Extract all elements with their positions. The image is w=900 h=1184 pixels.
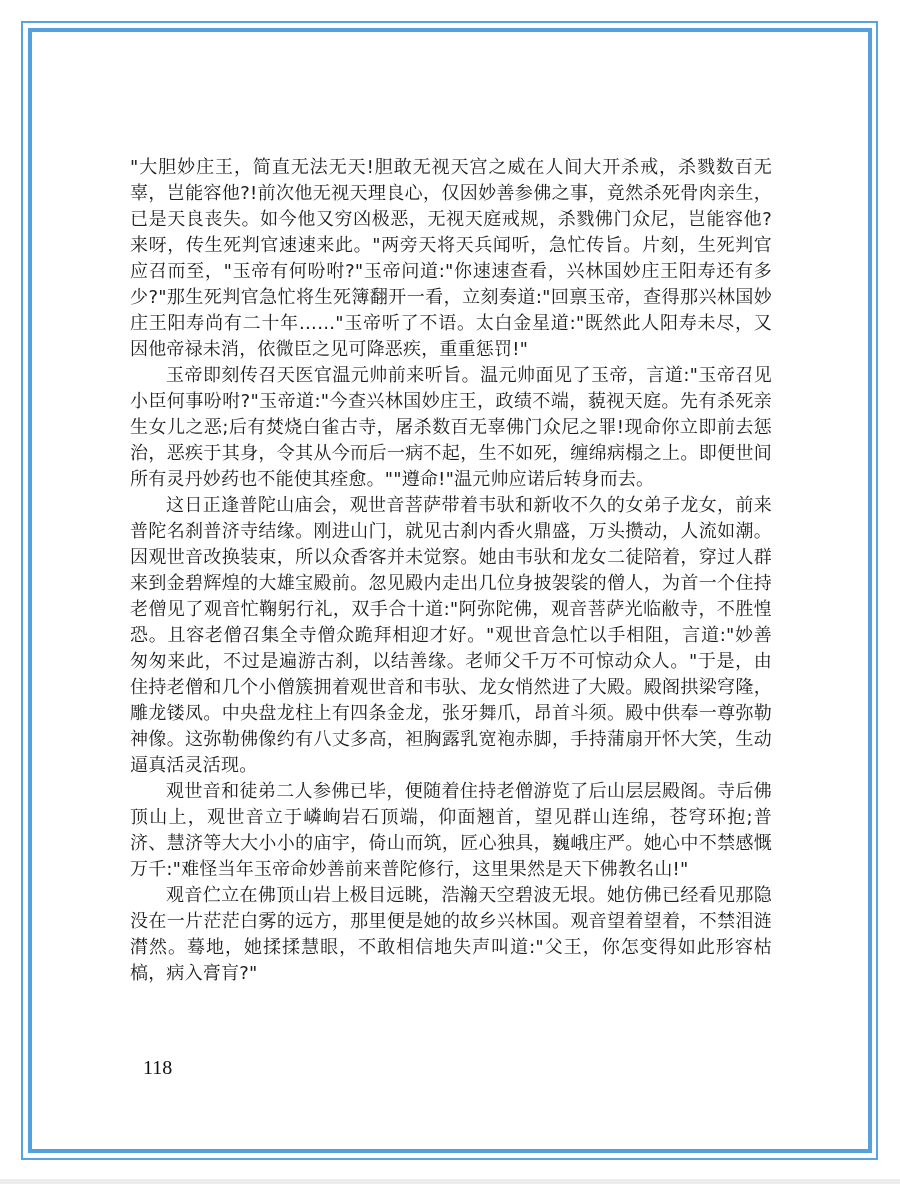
page-text-block: "大胆妙庄王，简直无法无天!胆敢无视天宫之威在人间大开杀戒，杀戮数百无辜，岂能容… bbox=[130, 155, 772, 987]
paragraph-3: 这日正逢普陀山庙会，观世音菩萨带着韦驮和新收不久的女弟子龙女，前来普陀名刹普济寺… bbox=[130, 493, 772, 779]
page-number: 118 bbox=[143, 1057, 172, 1080]
paragraph-5: 观音伫立在佛顶山岩上极目远眺，浩瀚天空碧波无垠。她仿佛已经看见那隐没在一片茫茫白… bbox=[130, 883, 772, 987]
paragraph-1: "大胆妙庄王，简直无法无天!胆敢无视天宫之威在人间大开杀戒，杀戮数百无辜，岂能容… bbox=[130, 155, 772, 363]
book-page: "大胆妙庄王，简直无法无天!胆敢无视天宫之威在人间大开杀戒，杀戮数百无辜，岂能容… bbox=[0, 0, 900, 1184]
paragraph-2: 玉帝即刻传召天医官温元帅前来听旨。温元帅面见了玉帝，言道:"玉帝召见小臣何事吩咐… bbox=[130, 363, 772, 493]
scan-edge-shadow bbox=[0, 1179, 900, 1184]
paragraph-4: 观世音和徒弟二人参佛已毕，便随着住持老僧游览了后山层层殿阁。寺后佛顶山上，观世音… bbox=[130, 779, 772, 883]
